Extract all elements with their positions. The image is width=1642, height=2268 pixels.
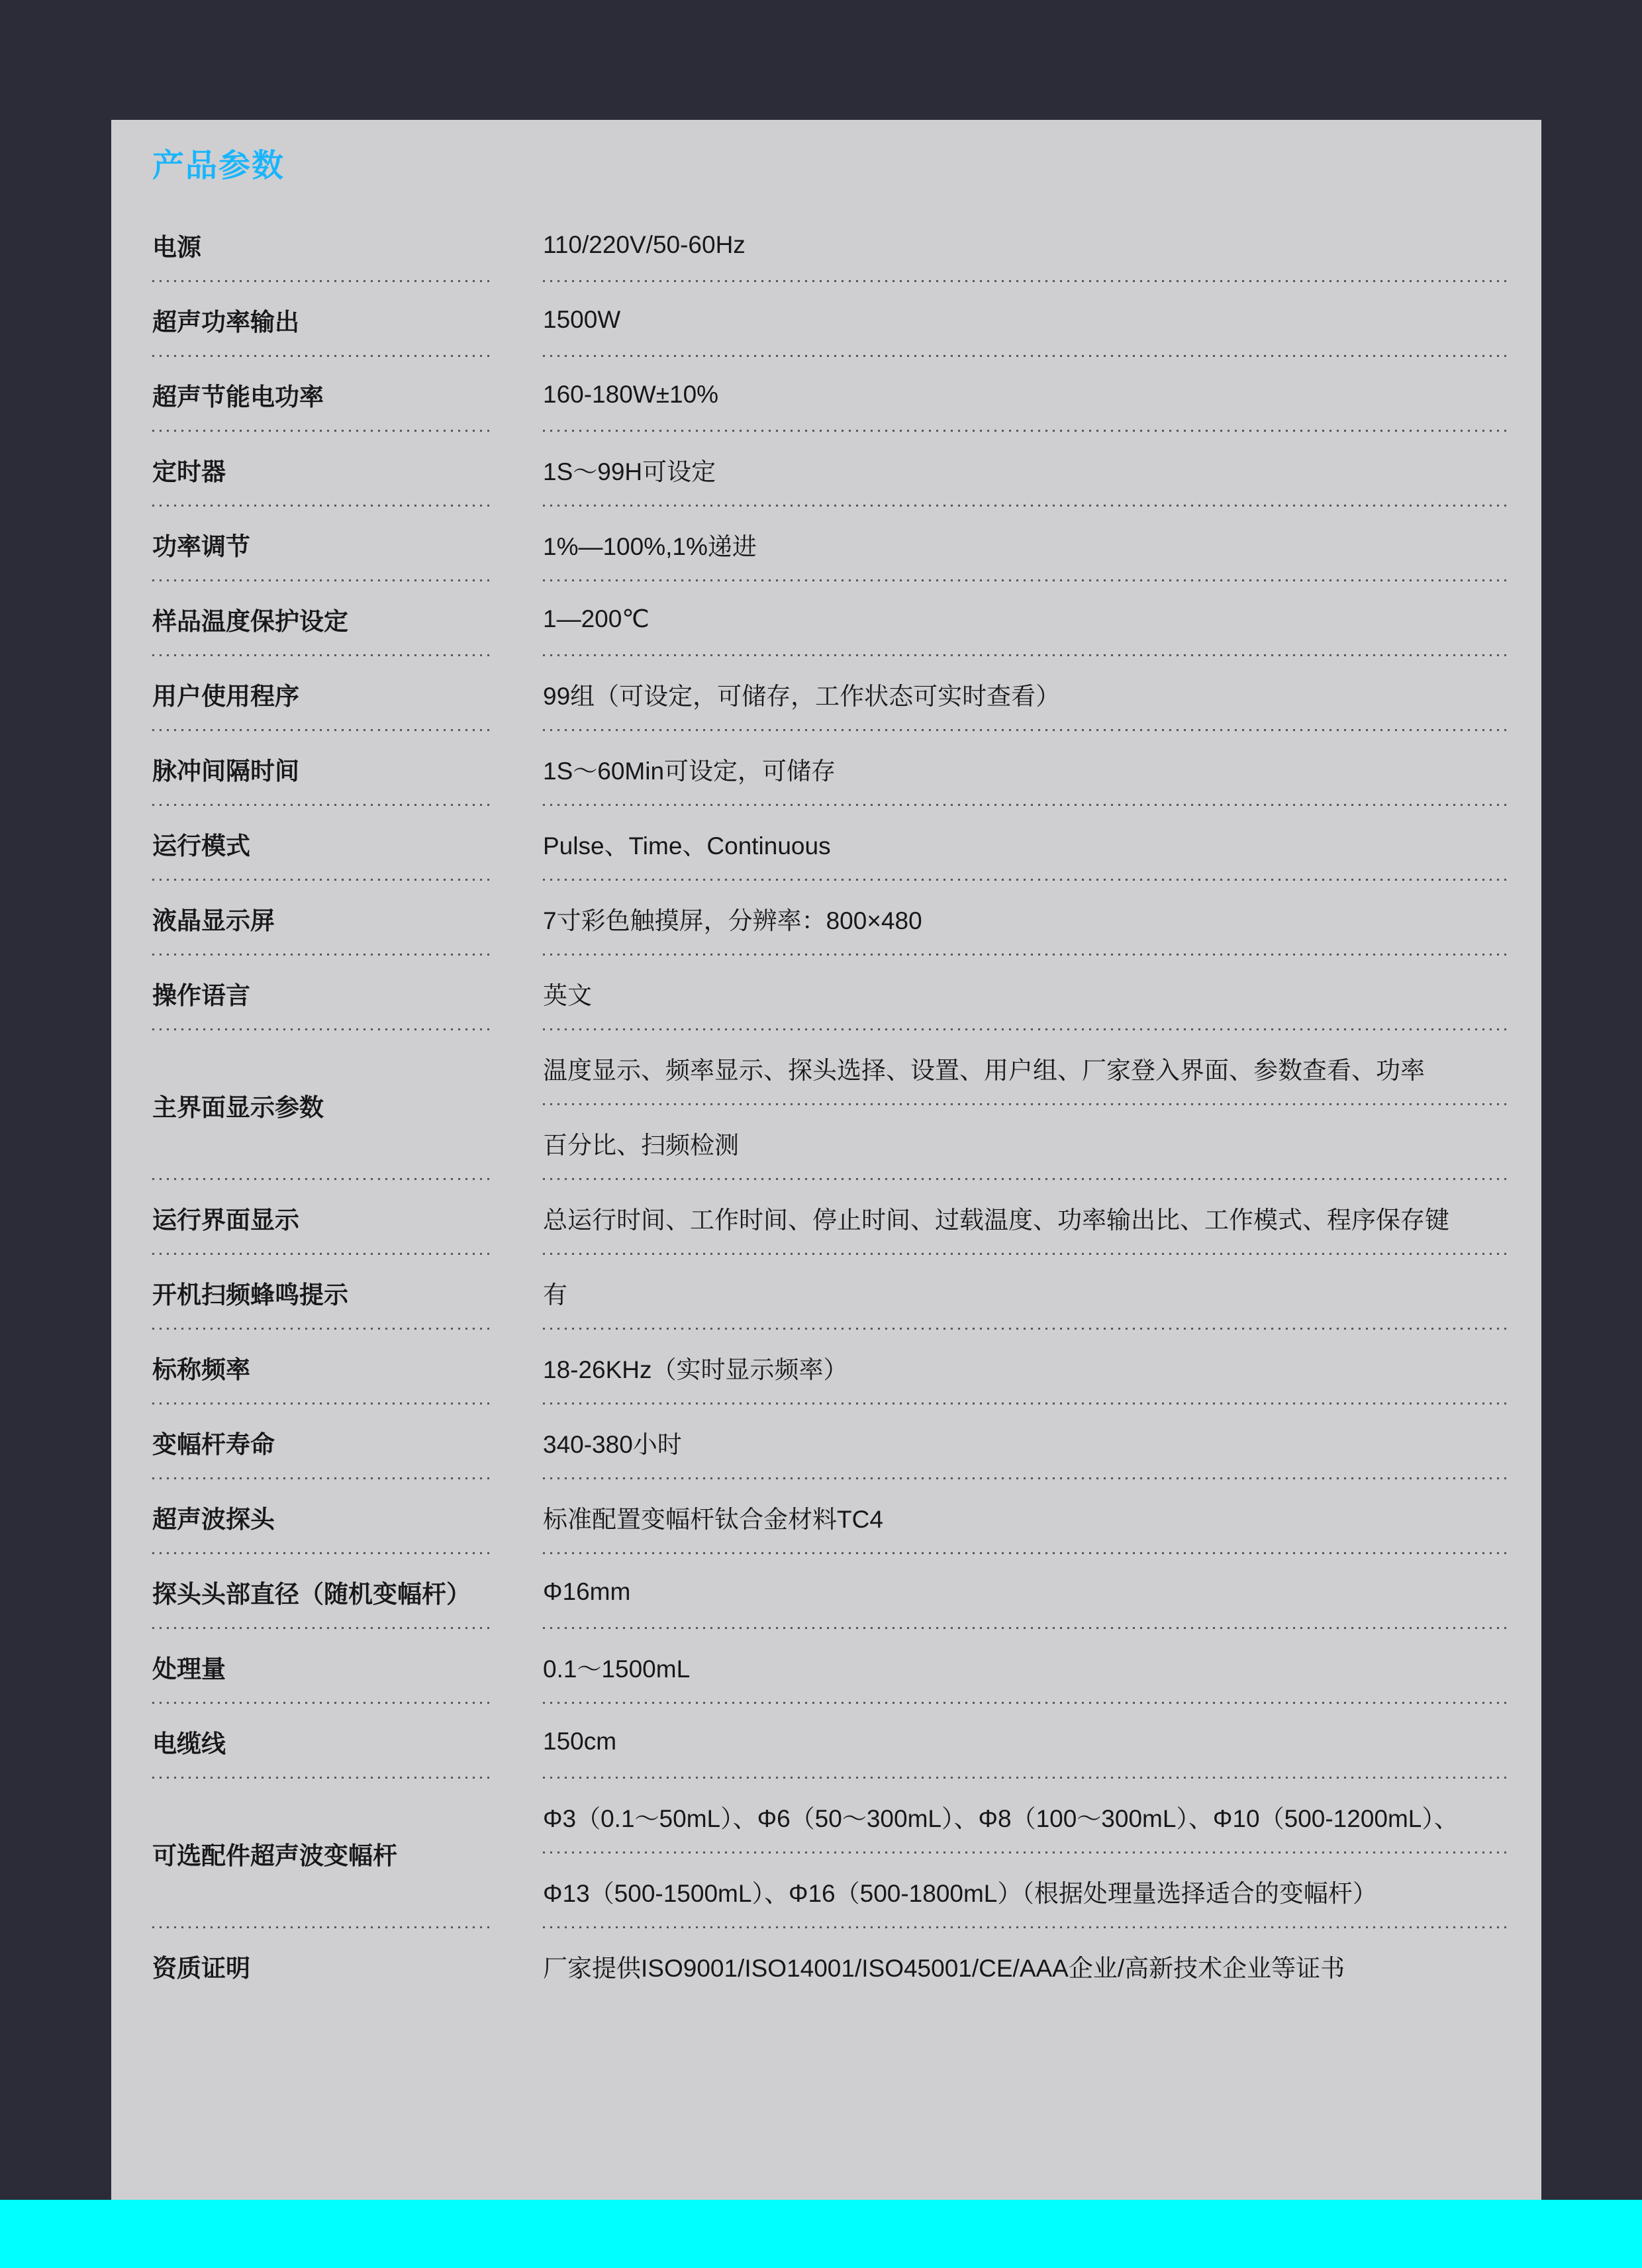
spec-value-line: Φ3（0.1～50mL）、Φ6（50～300mL）、Φ8（100～300mL）、…	[543, 1779, 1511, 1853]
spec-value-line: Φ13（500-1500mL）、Φ16（500-1800mL）（根据处理量选择适…	[543, 1853, 1511, 1928]
spec-value: 160-180W±10%	[543, 357, 1511, 432]
spec-label: 脉冲间隔时间	[152, 731, 543, 806]
spec-value: 1S～60Min可设定，可储存	[543, 731, 1511, 806]
table-row: 资质证明厂家提供ISO9001/ISO14001/ISO45001/CE/AAA…	[152, 1928, 1511, 2003]
spec-value-line: 7寸彩色触摸屏，分辨率：800×480	[543, 881, 1511, 956]
spec-value-line: 1500W	[543, 282, 1511, 357]
spec-value: 99组（可设定，可储存，工作状态可实时查看）	[543, 656, 1511, 731]
spec-value: 340-380小时	[543, 1405, 1511, 1479]
table-row: 电缆线150cm	[152, 1704, 1511, 1779]
spec-value: 温度显示、频率显示、探头选择、设置、用户组、厂家登入界面、参数查看、功率百分比、…	[543, 1030, 1511, 1180]
spec-value-line: 温度显示、频率显示、探头选择、设置、用户组、厂家登入界面、参数查看、功率	[543, 1030, 1511, 1105]
spec-value: Φ16mm	[543, 1554, 1511, 1629]
spec-label: 功率调节	[152, 507, 543, 581]
spec-value-line: 0.1～1500mL	[543, 1629, 1511, 1704]
spec-value-line: 1—200℃	[543, 581, 1511, 656]
spec-table: 电源110/220V/50-60Hz超声功率输出1500W超声节能电功率160-…	[152, 207, 1511, 2003]
spec-value-line: Φ16mm	[543, 1554, 1511, 1629]
table-row: 变幅杆寿命340-380小时	[152, 1405, 1511, 1479]
spec-value-line: 有	[543, 1255, 1511, 1330]
spec-value-line: 英文	[543, 956, 1511, 1030]
spec-value-line: Pulse、Time、Continuous	[543, 806, 1511, 881]
spec-label: 运行界面显示	[152, 1180, 543, 1255]
table-row: 定时器1S～99H可设定	[152, 432, 1511, 507]
spec-value-line: 18-26KHz（实时显示频率）	[543, 1330, 1511, 1405]
spec-value-line: 1S～60Min可设定，可储存	[543, 731, 1511, 806]
table-row: 用户使用程序99组（可设定，可储存，工作状态可实时查看）	[152, 656, 1511, 731]
table-row: 运行界面显示总运行时间、工作时间、停止时间、过载温度、功率输出比、工作模式、程序…	[152, 1180, 1511, 1255]
spec-value: 1—200℃	[543, 581, 1511, 656]
spec-label: 操作语言	[152, 956, 543, 1030]
spec-value-line: 厂家提供ISO9001/ISO14001/ISO45001/CE/AAA企业/高…	[543, 1928, 1511, 2003]
page-title: 产品参数	[152, 142, 1511, 190]
spec-value-line: 160-180W±10%	[543, 357, 1511, 432]
spec-label: 资质证明	[152, 1928, 543, 2003]
spec-value: Φ3（0.1～50mL）、Φ6（50～300mL）、Φ8（100～300mL）、…	[543, 1779, 1511, 1928]
spec-label: 电缆线	[152, 1704, 543, 1779]
spec-label: 标称频率	[152, 1330, 543, 1405]
spec-value-line: 150cm	[543, 1704, 1511, 1779]
table-row: 探头头部直径（随机变幅杆）Φ16mm	[152, 1554, 1511, 1629]
spec-label: 样品温度保护设定	[152, 581, 543, 656]
table-row: 电源110/220V/50-60Hz	[152, 207, 1511, 282]
spec-label: 用户使用程序	[152, 656, 543, 731]
spec-value-line: 99组（可设定，可储存，工作状态可实时查看）	[543, 656, 1511, 731]
table-row: 超声功率输出1500W	[152, 282, 1511, 357]
spec-value-line: 百分比、扫频检测	[543, 1105, 1511, 1180]
bottom-cyan-bar	[0, 2200, 1642, 2268]
table-row: 操作语言英文	[152, 956, 1511, 1030]
spec-label: 超声节能电功率	[152, 357, 543, 432]
spec-label: 超声波探头	[152, 1479, 543, 1554]
spec-value: 7寸彩色触摸屏，分辨率：800×480	[543, 881, 1511, 956]
spec-value: 0.1～1500mL	[543, 1629, 1511, 1704]
table-row: 主界面显示参数温度显示、频率显示、探头选择、设置、用户组、厂家登入界面、参数查看…	[152, 1030, 1511, 1180]
spec-label: 变幅杆寿命	[152, 1405, 543, 1479]
spec-value: 英文	[543, 956, 1511, 1030]
spec-value: 总运行时间、工作时间、停止时间、过载温度、功率输出比、工作模式、程序保存键	[543, 1180, 1511, 1255]
spec-label: 开机扫频蜂鸣提示	[152, 1255, 543, 1330]
spec-label: 超声功率输出	[152, 282, 543, 357]
spec-value-line: 标准配置变幅杆钛合金材料TC4	[543, 1479, 1511, 1554]
table-row: 运行模式Pulse、Time、Continuous	[152, 806, 1511, 881]
spec-value: Pulse、Time、Continuous	[543, 806, 1511, 881]
spec-label: 定时器	[152, 432, 543, 507]
spec-value: 有	[543, 1255, 1511, 1330]
spec-value: 1500W	[543, 282, 1511, 357]
table-row: 样品温度保护设定1—200℃	[152, 581, 1511, 656]
spec-value: 150cm	[543, 1704, 1511, 1779]
spec-value-line: 总运行时间、工作时间、停止时间、过载温度、功率输出比、工作模式、程序保存键	[543, 1180, 1511, 1255]
table-row: 开机扫频蜂鸣提示有	[152, 1255, 1511, 1330]
table-row: 标称频率18-26KHz（实时显示频率）	[152, 1330, 1511, 1405]
table-row: 超声波探头标准配置变幅杆钛合金材料TC4	[152, 1479, 1511, 1554]
spec-value-line: 340-380小时	[543, 1405, 1511, 1479]
table-row: 液晶显示屏7寸彩色触摸屏，分辨率：800×480	[152, 881, 1511, 956]
spec-value: 18-26KHz（实时显示频率）	[543, 1330, 1511, 1405]
product-spec-card: 产品参数 电源110/220V/50-60Hz超声功率输出1500W超声节能电功…	[111, 120, 1541, 2200]
table-row: 处理量0.1～1500mL	[152, 1629, 1511, 1704]
spec-value: 1S～99H可设定	[543, 432, 1511, 507]
table-row: 可选配件超声波变幅杆Φ3（0.1～50mL）、Φ6（50～300mL）、Φ8（1…	[152, 1779, 1511, 1928]
table-row: 功率调节1%—100%,1%递进	[152, 507, 1511, 581]
table-row: 脉冲间隔时间1S～60Min可设定，可储存	[152, 731, 1511, 806]
spec-label: 探头头部直径（随机变幅杆）	[152, 1554, 543, 1629]
spec-label: 液晶显示屏	[152, 881, 543, 956]
spec-label: 处理量	[152, 1629, 543, 1704]
spec-label: 运行模式	[152, 806, 543, 881]
spec-value-line: 1S～99H可设定	[543, 432, 1511, 507]
spec-value: 1%—100%,1%递进	[543, 507, 1511, 581]
spec-label: 主界面显示参数	[152, 1030, 543, 1180]
spec-label: 可选配件超声波变幅杆	[152, 1779, 543, 1928]
spec-value: 厂家提供ISO9001/ISO14001/ISO45001/CE/AAA企业/高…	[543, 1928, 1511, 2003]
spec-value-line: 1%—100%,1%递进	[543, 507, 1511, 581]
table-row: 超声节能电功率160-180W±10%	[152, 357, 1511, 432]
spec-value-line: 110/220V/50-60Hz	[543, 207, 1511, 282]
spec-label: 电源	[152, 207, 543, 282]
spec-value: 标准配置变幅杆钛合金材料TC4	[543, 1479, 1511, 1554]
spec-value: 110/220V/50-60Hz	[543, 207, 1511, 282]
